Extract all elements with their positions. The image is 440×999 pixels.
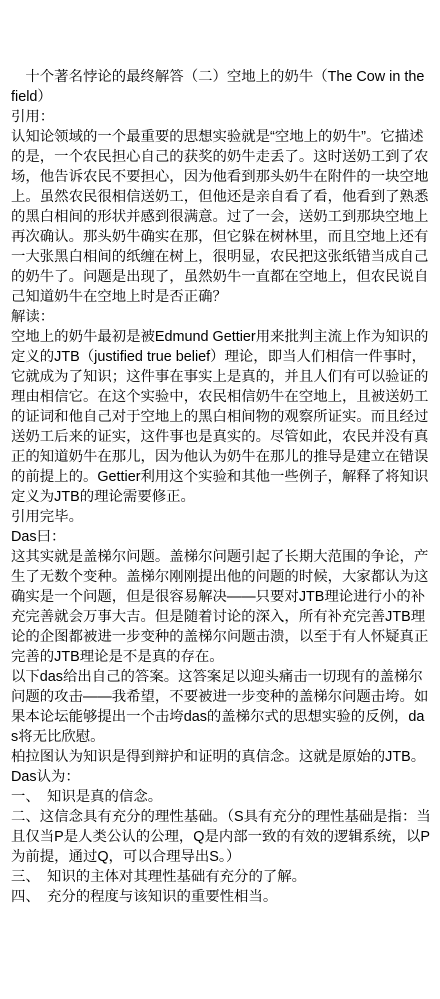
analysis-label: 解读： [11,307,431,327]
das-view-label: Das认为： [11,767,431,787]
page: 十个著名悖论的最终解答（二）空地上的奶牛（The Cow in the fiel… [0,0,440,999]
das-answer-paragraph: 以下das给出自己的答案。这答案足以迎头痛击一切现有的盖梯尔问题的攻击——我希望… [11,667,431,747]
das-point-1: 一、 知识是真的信念。 [11,787,431,807]
quote-end-label: 引用完毕。 [11,507,431,527]
das-point-2: 二、这信念具有充分的理性基础。（S具有充分的理性基础是指：当且仅当P是人类公认的… [11,807,431,867]
gettier-problem-paragraph: 这其实就是盖梯尔问题。盖梯尔问题引起了长期大范围的争论，产生了无数个变种。盖梯尔… [11,547,431,667]
quote-story-paragraph: 认知论领域的一个最重要的思想实验就是“空地上的奶牛”。它描述的是，一个农民担心自… [11,127,431,307]
quote-label: 引用： [11,107,431,127]
analysis-paragraph: 空地上的奶牛最初是被Edmund Gettier用来批判主流上作为知识的定义的J… [11,327,431,507]
plato-jtb-statement: 柏拉图认为知识是得到辩护和证明的真信念。这就是原始的JTB。 [11,747,431,767]
das-point-3: 三、 知识的主体对其理性基础有充分的了解。 [11,867,431,887]
das-says-label: Das曰： [11,527,431,547]
das-point-4: 四、 充分的程度与该知识的重要性相当。 [11,887,431,907]
document-body: 十个著名悖论的最终解答（二）空地上的奶牛（The Cow in the fiel… [11,67,431,907]
document-title: 十个著名悖论的最终解答（二）空地上的奶牛（The Cow in the fiel… [11,67,431,107]
